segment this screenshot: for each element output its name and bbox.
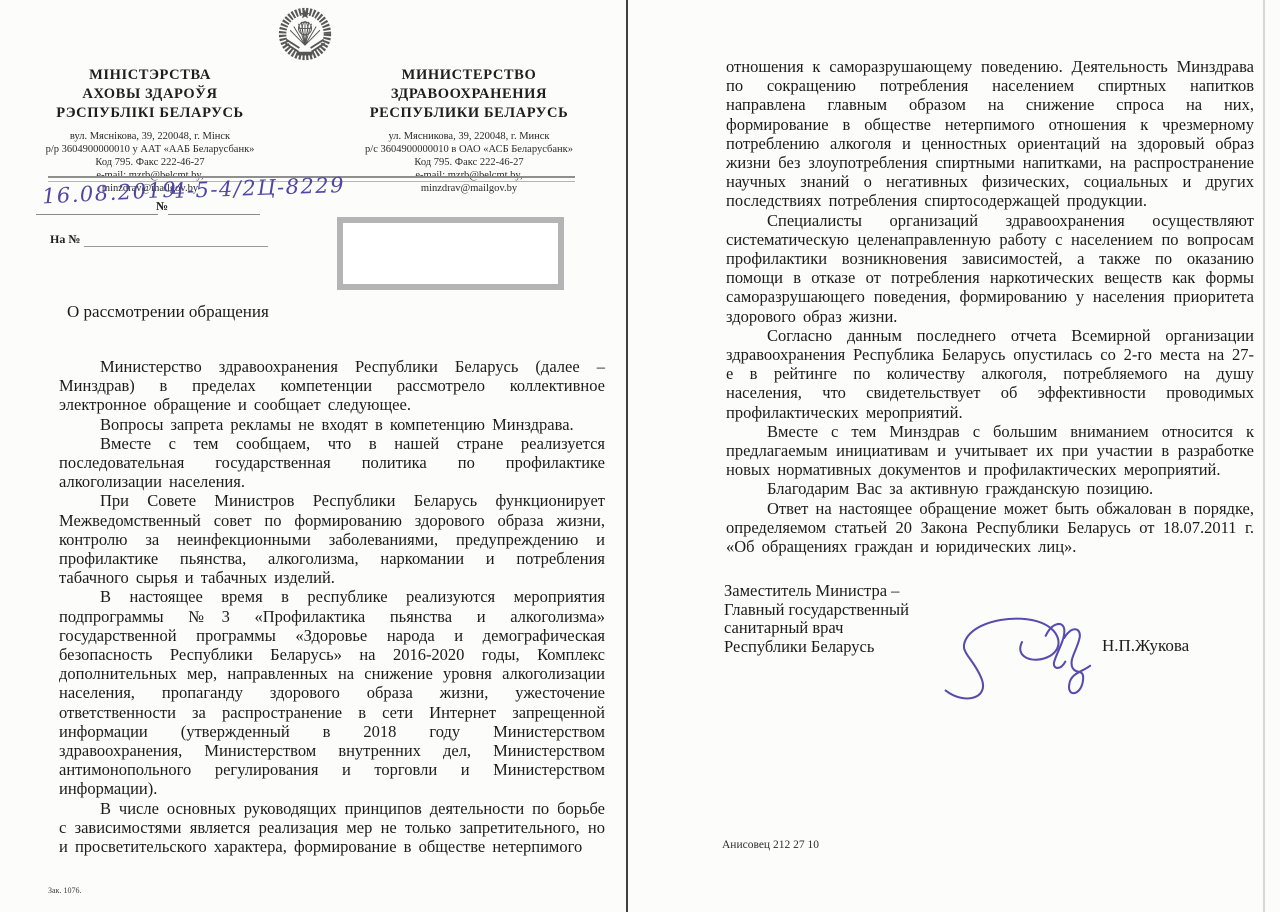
letter-body-page-2: отношения к саморазрушающему поведению. … xyxy=(726,57,1254,556)
number-sign-label: № xyxy=(156,199,168,214)
page-separator-line xyxy=(626,0,628,912)
letterhead-address-line: minzdrav@mailgov.by xyxy=(344,182,594,195)
paragraph: Специалисты организаций здравоохранения … xyxy=(726,211,1254,326)
paragraph: отношения к саморазрушающему поведению. … xyxy=(726,57,1254,211)
number-underline xyxy=(168,214,260,215)
paragraph: Ответ на настоящее обращение может быть … xyxy=(726,499,1254,557)
letterhead-title-line: АХОВЫ ЗДАРОЎЯ xyxy=(25,85,275,104)
signer-name: Н.П.Жукова xyxy=(1102,636,1189,656)
paragraph: При Совете Министров Республики Беларусь… xyxy=(59,491,605,587)
letter-body-page-1: Министерство здравоохранения Республики … xyxy=(59,357,605,856)
letterhead-address-line: Код 795. Факс 222-46-27 xyxy=(25,156,275,169)
letterhead-title-line: МІНІСТЭРСТВА xyxy=(25,66,275,85)
executor-footnote: Анисовец 212 27 10 xyxy=(722,839,819,851)
in-reply-to-label: На № xyxy=(50,232,80,247)
print-order-footnote: Зак. 1076. xyxy=(48,886,81,895)
handwritten-outgoing-number: 4-5-4/2Ц-8229 xyxy=(172,173,346,203)
letterhead-title-line: МИНИСТЕРСТВО xyxy=(344,66,594,85)
signoff-line: Республики Беларусь xyxy=(724,638,909,657)
paragraph: Благодарим Вас за активную гражданскую п… xyxy=(726,479,1254,498)
paragraph: В настоящее время в республике реализуют… xyxy=(59,587,605,798)
signature-icon xyxy=(938,608,1106,706)
paragraph: Согласно данным последнего отчета Всемир… xyxy=(726,326,1254,422)
letterhead-title-line: РЭСПУБЛІКІ БЕЛАРУСЬ xyxy=(25,104,275,123)
paragraph: В числе основных руководящих принципов д… xyxy=(59,799,605,857)
scanned-letter: МІНІСТЭРСТВА АХОВЫ ЗДАРОЎЯ РЭСПУБЛІКІ БЕ… xyxy=(0,0,1280,912)
paragraph: Министерство здравоохранения Республики … xyxy=(59,357,605,415)
letterhead-address-line: вул. Мяснікова, 39, 220048, г. Мінск xyxy=(25,130,275,143)
paragraph: Вопросы запрета рекламы не входят в комп… xyxy=(59,415,605,434)
letterhead-title-line: ЗДРАВООХРАНЕНИЯ xyxy=(344,85,594,104)
paragraph: Вместе с тем сообщаем, что в нашей стран… xyxy=(59,434,605,492)
letterhead-address-line: р/р 3604900000010 у ААТ «ААБ Беларусбанк… xyxy=(25,143,275,156)
signoff-line: Заместитель Министра – xyxy=(724,582,909,601)
paragraph: Вместе с тем Минздрав с большим внимание… xyxy=(726,422,1254,480)
in-reply-to-underline xyxy=(84,246,268,247)
letterhead-title-line: РЕСПУБЛИКИ БЕЛАРУСЬ xyxy=(344,104,594,123)
letterhead-address-line: ул. Мясникова, 39, 220048, г. Минск xyxy=(344,130,594,143)
signoff-line: Главный государственный xyxy=(724,601,909,620)
coat-of-arms-icon xyxy=(277,4,333,64)
redaction-box xyxy=(337,217,564,290)
subject-line: О рассмотрении обращения xyxy=(67,302,269,322)
signoff-line: санитарный врач xyxy=(724,619,909,638)
letterhead-address-line: Код 795. Факс 222-46-27 xyxy=(344,156,594,169)
date-underline xyxy=(36,214,158,215)
scan-edge-line xyxy=(1263,0,1265,912)
signoff-title-block: Заместитель Министра – Главный государст… xyxy=(724,582,909,656)
letterhead-address-line: р/с 3604900000010 в ОАО «АСБ Беларусбанк… xyxy=(344,143,594,156)
